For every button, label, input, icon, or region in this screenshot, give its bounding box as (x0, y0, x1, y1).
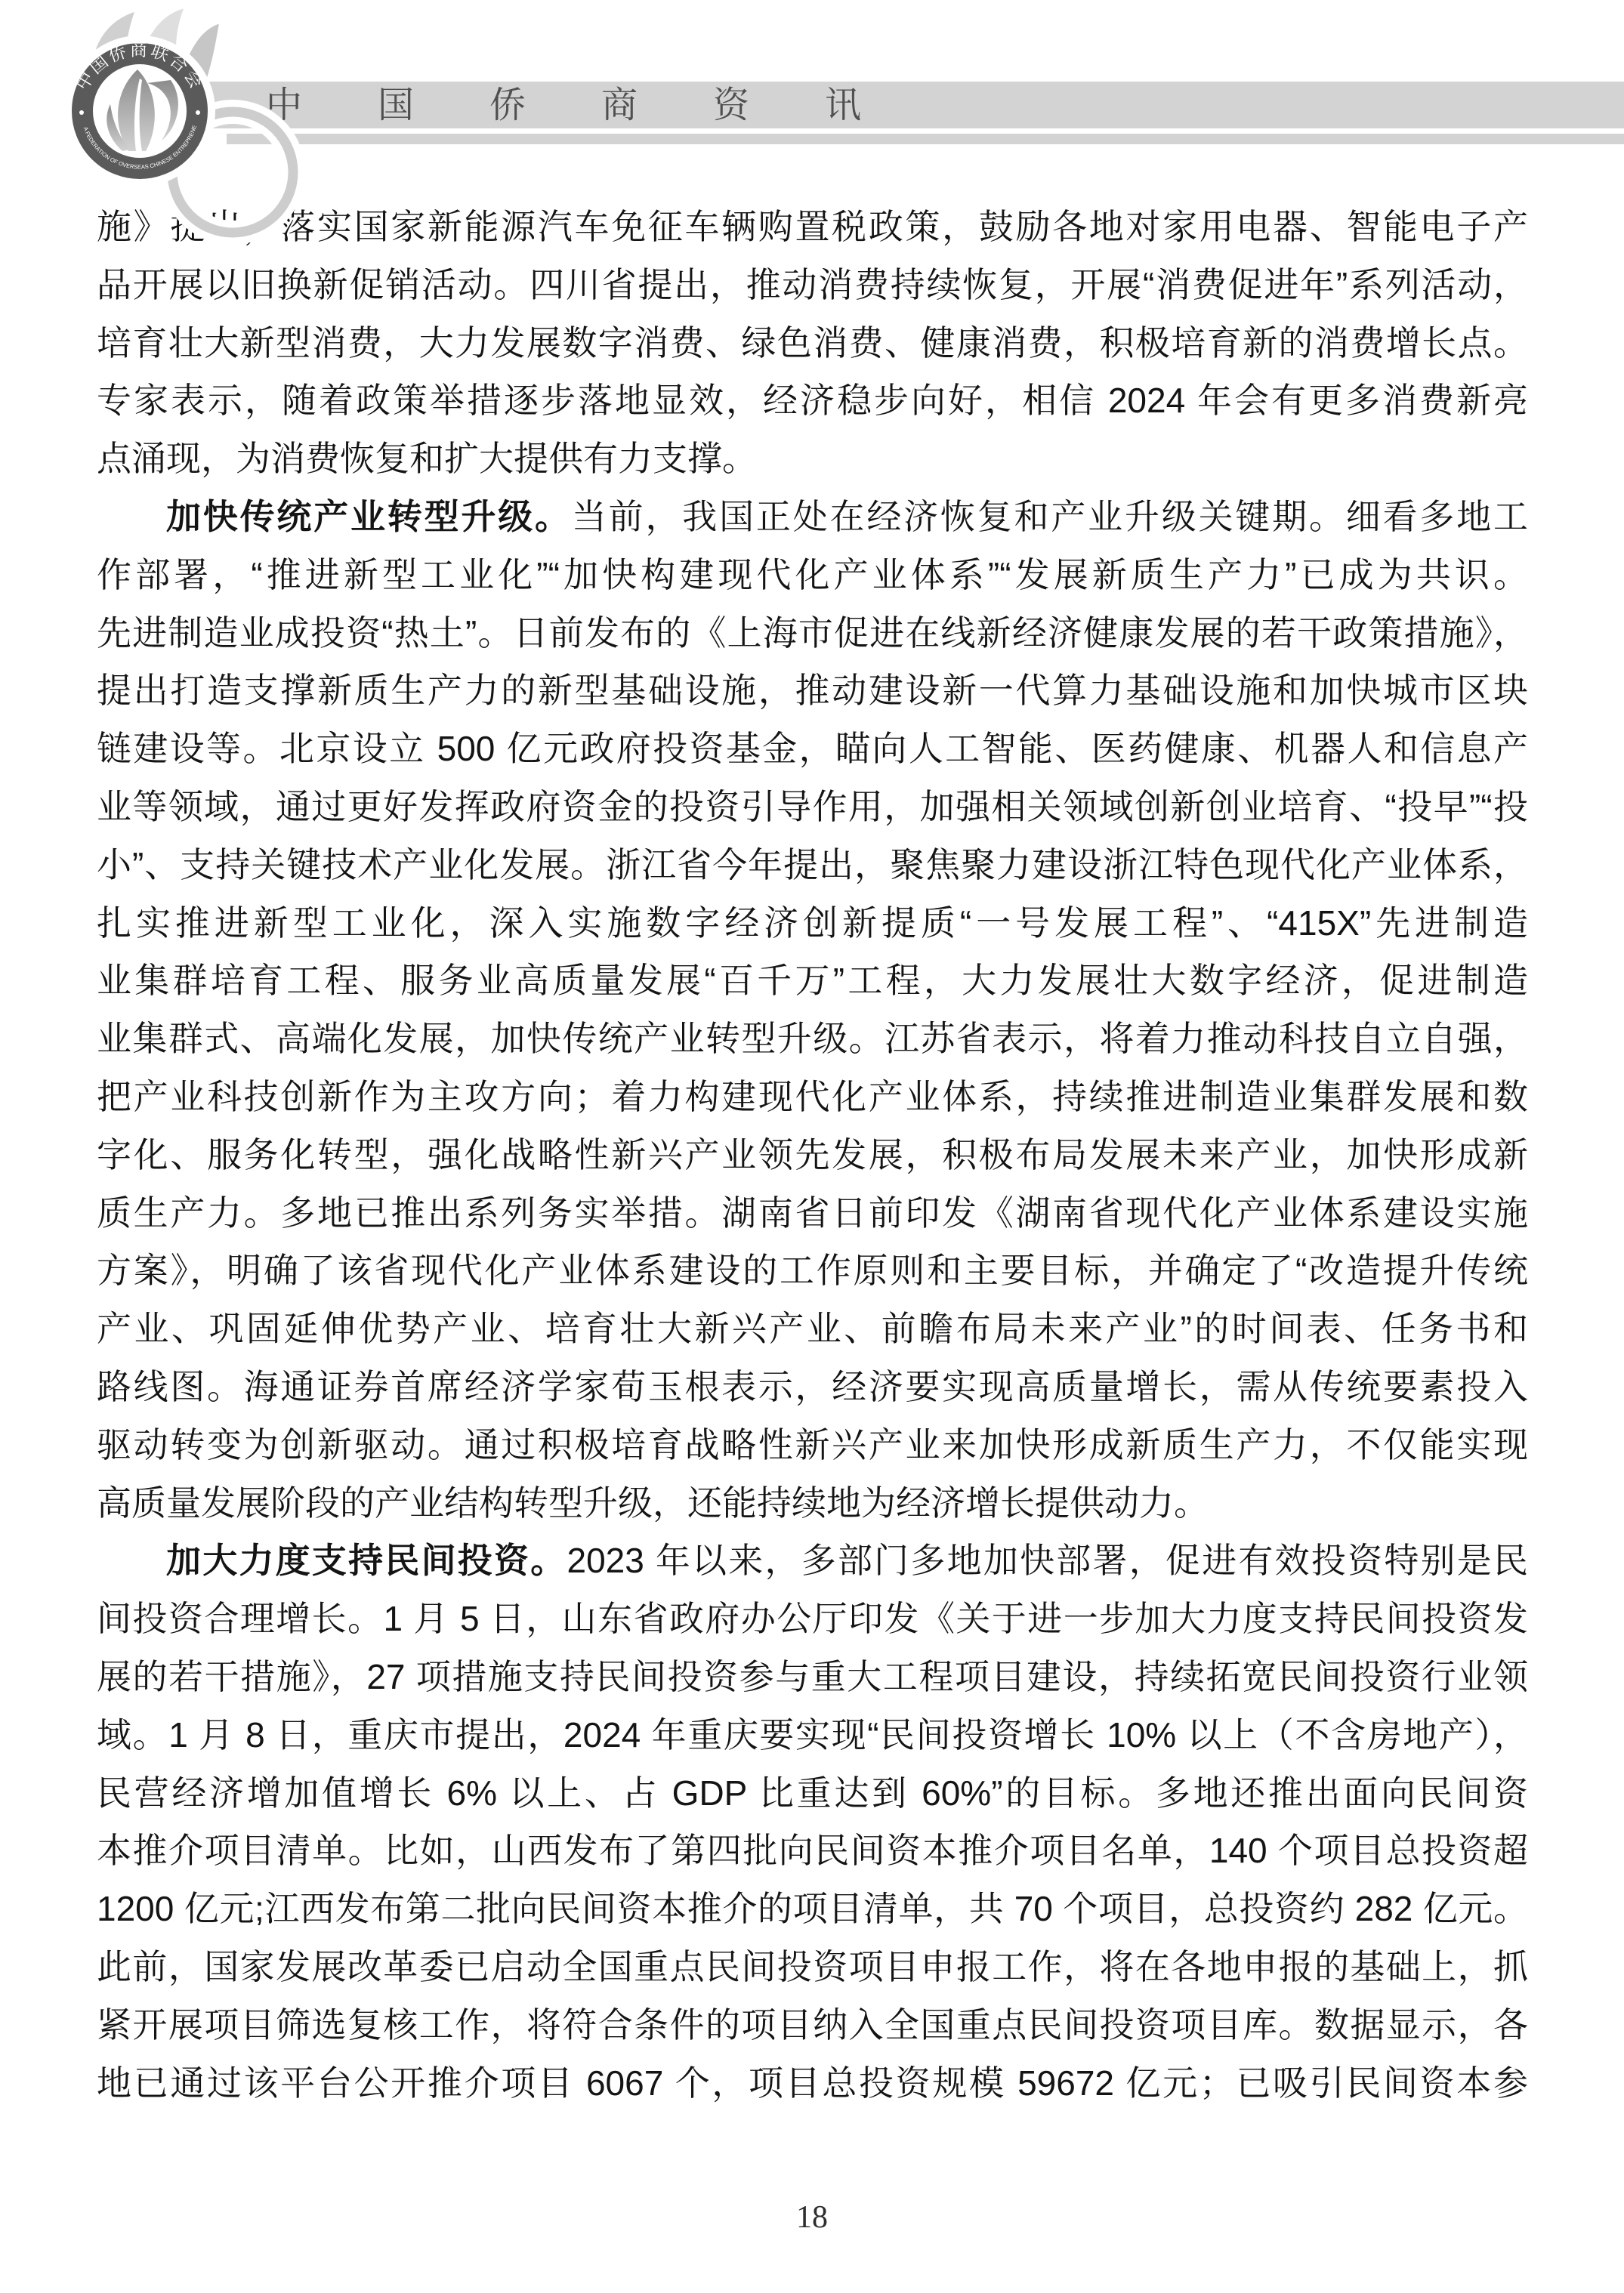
text-line: 培育壮大新型消费，大力发展数字消费、绿色消费、健康消费，积极培育新的消费增长点。 (97, 314, 1528, 372)
text-line: 地已通过该平台公开推介项目 6067 个，项目总投资规模 59672 亿元；已吸… (97, 2054, 1528, 2112)
text-line: 把产业科技创新作为主攻方向；着力构建现代化产业体系，持续推进制造业集群发展和数 (97, 1068, 1528, 1126)
text-line: 驱动转变为创新驱动。通过积极培育战略性新兴产业来加快形成新质生产力，不仅能实现 (97, 1416, 1528, 1474)
cfoce-logo: 中国侨商联合会 CHINA FEDERATION OF OVERSEAS CHI… (23, 0, 325, 261)
document-page: { "header": { "band_title": "中国侨商资讯", "l… (0, 0, 1624, 2293)
text-line: 专家表示，随着政策举措逐步落地显效，经济稳步向好，相信 2024 年会有更多消费… (97, 372, 1528, 430)
text-line: 业等领域，通过更好发挥政府资金的投资引导作用，加强相关领域创新创业培育、“投早”… (97, 778, 1528, 836)
text-line: 字化、服务化转型，强化战略性新兴产业领先发展，积极布局发展未来产业，加快形成新 (97, 1126, 1528, 1184)
text-line: 先进制造业成投资“热土”。日前发布的《上海市促进在线新经济健康发展的若干政策措施… (97, 604, 1528, 662)
text-line: 业集群式、高端化发展，加快传统产业转型升级。江苏省表示，将着力推动科技自立自强， (97, 1010, 1528, 1068)
text-line: 本推介项目清单。比如，山西发布了第四批向民间资本推介项目名单，140 个项目总投… (97, 1822, 1528, 1880)
text-line: 加大力度支持民间投资。2023 年以来，多部门多地加快部署，促进有效投资特别是民 (97, 1532, 1528, 1590)
page-header-title: 中国侨商资讯 (266, 82, 937, 128)
text-line: 作部署，“推进新型工业化”“加快构建现代化产业体系”“发展新质生产力”已成为共识… (97, 546, 1528, 604)
text-line: 域。1 月 8 日，重庆市提出，2024 年重庆要实现“民间投资增长 10% 以… (97, 1706, 1528, 1764)
text-line: 间投资合理增长。1 月 5 日，山东省政府办公厅印发《关于进一步加大力度支持民间… (97, 1590, 1528, 1648)
article-body: 施》提出，落实国家新能源汽车免征车辆购置税政策，鼓励各地对家用电器、智能电子产品… (97, 198, 1528, 2112)
header-band-thin (227, 134, 1624, 144)
text-line: 加快传统产业转型升级。当前，我国正处在经济恢复和产业升级关键期。细看多地工 (97, 488, 1528, 546)
text-line: 点涌现，为消费恢复和扩大提供有力支撑。 (97, 430, 1528, 488)
text-line: 1200 亿元;江西发布第二批向民间资本推介的项目清单，共 70 个项目，总投资… (97, 1880, 1528, 1938)
text-line: 业集群培育工程、服务业高质量发展“百千万”工程，大力发展壮大数字经济，促进制造 (97, 952, 1528, 1010)
paragraph-lead-bold: 加大力度支持民间投资。 (166, 1541, 567, 1580)
paragraph-lead-bold: 加快传统产业转型升级。 (166, 497, 572, 536)
text-line: 提出打造支撑新质生产力的新型基础设施，推动建设新一代算力基础设施和加快城市区块 (97, 662, 1528, 720)
text-line: 此前，国家发展改革委已启动全国重点民间投资项目申报工作，将在各地申报的基础上，抓 (97, 1938, 1528, 1996)
text-line: 扎实推进新型工业化，深入实施数字经济创新提质“一号发展工程”、“415X”先进制… (97, 894, 1528, 952)
text-line: 展的若干措施》，27 项措施支持民间投资参与重大工程项目建设，持续拓宽民间投资行… (97, 1648, 1528, 1706)
text-line: 民营经济增加值增长 6% 以上、占 GDP 比重达到 60%”的目标。多地还推出… (97, 1764, 1528, 1822)
text-line: 品开展以旧换新促销活动。四川省提出，推动消费持续恢复，开展“消费促进年”系列活动… (97, 256, 1528, 314)
text-line: 方案》，明确了该省现代化产业体系建设的工作原则和主要目标，并确定了“改造提升传统 (97, 1242, 1528, 1300)
text-line: 产业、巩固延伸优势产业、培育壮大新兴产业、前瞻布局未来产业”的时间表、任务书和 (97, 1300, 1528, 1358)
text-line: 路线图。海通证券首席经济学家荀玉根表示，经济要实现高质量增长，需从传统要素投入 (97, 1358, 1528, 1416)
text-line: 质生产力。多地已推出系列务实举措。湖南省日前印发《湖南省现代化产业体系建设实施 (97, 1184, 1528, 1242)
text-line: 小”、支持关键技术产业化发展。浙江省今年提出，聚焦聚力建设浙江特色现代化产业体系… (97, 836, 1528, 894)
text-line: 紧开展项目筛选复核工作，将符合条件的项目纳入全国重点民间投资项目库。数据显示，各 (97, 1996, 1528, 2054)
page-number: 18 (0, 2199, 1624, 2236)
text-line: 高质量发展阶段的产业结构转型升级，还能持续地为经济增长提供动力。 (97, 1474, 1528, 1532)
text-line: 链建设等。北京设立 500 亿元政府投资基金，瞄向人工智能、医药健康、机器人和信… (97, 720, 1528, 778)
